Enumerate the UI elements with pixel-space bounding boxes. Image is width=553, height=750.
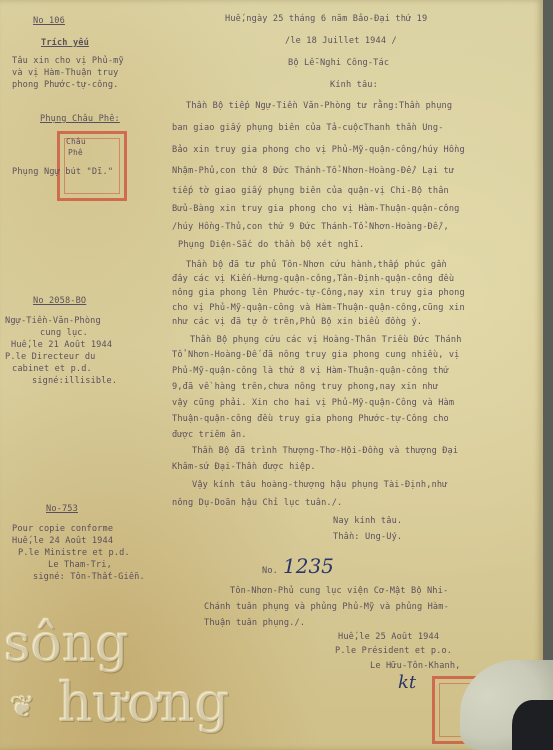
ref-number-3: No-753 xyxy=(46,504,78,514)
body-line: Vậy kính tâu hoàng-thượng hậu phụng Tài-… xyxy=(192,480,448,490)
body-line: Tổ Nhơn-Hoàng-Đế đã nông truy gia phong … xyxy=(172,350,460,360)
body-line: Phụng Diện-Sắc do thần bộ xét nghĩ. xyxy=(178,240,364,250)
decree-number-prefix: No. xyxy=(262,566,278,576)
watermark-flourish-icon: ❦ xyxy=(10,690,35,725)
summary-line: Tâu xin cho vị Phủ-mỹ xyxy=(12,56,124,66)
torn-edge-shadow xyxy=(512,700,553,750)
salutation: Kính tâu: xyxy=(330,80,378,90)
closing-signatory: Thần: Ung-Uý. xyxy=(333,532,402,542)
ref-number-2: No 2058-BO xyxy=(33,296,86,306)
ref-2-line: Huế,le 21 Août 1944 xyxy=(11,340,112,350)
ref-3-line: Huế,le 24 Août 1944 xyxy=(12,536,113,546)
decree-line: Tôn-Nhơn-Phủ cung lục viện Cơ-Mật Bộ Nhi… xyxy=(230,586,448,596)
signature-title: P.le Président et p.o. xyxy=(335,646,452,656)
ref-number-1: No 106 xyxy=(33,16,65,26)
body-line: Nhậm-Phủ,con thứ 8 Đức Thánh-Tổ-Nhơn-Hoà… xyxy=(172,166,454,176)
body-line: Bảo xin truy gia phong cho vị Phủ-Mỹ-quậ… xyxy=(172,145,465,155)
summary-line: và vị Hàm-Thuận truy xyxy=(12,68,118,78)
decree-line: Chánh tuân phụng và phủng Phủ-Mỹ và phủn… xyxy=(204,602,449,612)
body-line: Thần bộ đã tư phủ Tôn-Nhơn cứu hành,thấp… xyxy=(186,260,447,270)
body-line: Phủ-Mỹ-quận-công là thứ 8 vị Hàm-Thuận-q… xyxy=(172,366,449,376)
sender-ministry: Bộ Lễ-Nghi Công-Tác xyxy=(288,58,389,68)
ref-2-line: Ngự-Tiền-Văn-Phòng xyxy=(5,316,101,326)
body-line: Thần Bộ đã trình Thượng-Thơ-Hội-Đồng và … xyxy=(192,446,458,456)
decree-line: Thuận tuân phụng./. xyxy=(204,618,305,628)
ref-2-line: cabinet et p.d. xyxy=(12,364,92,374)
signature-date: Huế,le 25 Août 1944 xyxy=(338,632,439,642)
ref-3-line: Pour copie conforme xyxy=(12,524,113,534)
ref-2-line: signé:illisible. xyxy=(32,376,117,386)
body-line: Thần Bộ phụng cứu các vị Hoàng-Thân Triề… xyxy=(190,335,462,345)
body-line: được triêm ân. xyxy=(172,430,247,440)
body-line: đây các vị Kiến-Hưng-quận-công,Tân-Định-… xyxy=(172,274,454,284)
body-line: tiếp tờ giao giấy phụng biên của quận-vị… xyxy=(172,186,449,196)
body-line: ban giao giấy phụng biên của Tả-cuộcThan… xyxy=(172,123,444,133)
body-line: nông Dụ-Doãn hậu Chỉ lục tuân./. xyxy=(172,498,342,508)
summary-line: phong Phước-tự-công. xyxy=(12,80,118,90)
body-line: cho vị Phủ-Mỹ-quận-công và Hàm-Thuận-quậ… xyxy=(172,303,465,313)
date-french: /le 18 Juillet 1944 / xyxy=(285,36,397,46)
ref-3-line: signé: Tôn-Thất-Giễn. xyxy=(33,572,145,582)
body-line: nông gia phong lên Phước-tự-Công,nay xin… xyxy=(172,288,465,298)
summary-heading: Trích yếu xyxy=(41,38,89,48)
body-line: vậy cũng phải. Xin cho hai vị Phủ-Mỹ-quậ… xyxy=(172,398,454,408)
approval-text: Phụng Ngự bút "Dĩ." xyxy=(12,167,113,177)
handwritten-number: 1235 xyxy=(283,554,334,578)
signature-name: Le Hữu-Tôn-Khanh, xyxy=(370,661,461,671)
watermark-huong: hương xyxy=(58,676,229,730)
stamp-text: Phê xyxy=(68,148,83,157)
ref-2-line: cung lục. xyxy=(40,328,88,338)
ref-2-line: P.le Directeur du xyxy=(5,352,96,362)
body-line: như các vị đã tự ở trên,Phủ Bộ xin biểu … xyxy=(172,317,422,327)
watermark-song: sông xyxy=(4,618,129,670)
body-line: Bửu-Bàng xin truy gia phong cho vị Hàm-T… xyxy=(172,204,460,214)
body-line: Thuận-quận-công đều truy gia phong Phước… xyxy=(172,414,449,424)
stamp-text: Châu xyxy=(66,137,86,146)
body-line: 9,đã về hàng trên,chưa nông truy phong,n… xyxy=(172,382,438,392)
date-line: Huế,ngày 25 tháng 6 năm Bảo-Đại thứ 19 xyxy=(225,14,427,24)
body-line: /húy Hồng-Thủ,con thứ 9 Đức Thánh-Tổ-Nhơ… xyxy=(172,222,449,232)
closing-line: Nay kính tâu. xyxy=(333,516,402,526)
body-line: Khâm-sứ Đại-Thần được hiệp. xyxy=(172,462,316,472)
body-line: Thần Bộ tiếp Ngự-Tiền Văn-Phòng tư rằng:… xyxy=(186,101,452,111)
ref-3-line: Le Tham-Tri, xyxy=(48,560,112,570)
handwritten-initials: kt xyxy=(398,672,416,693)
approval-heading: Phụng Châu Phê: xyxy=(40,114,120,124)
ref-3-line: P.le Ministre et p.d. xyxy=(18,548,130,558)
